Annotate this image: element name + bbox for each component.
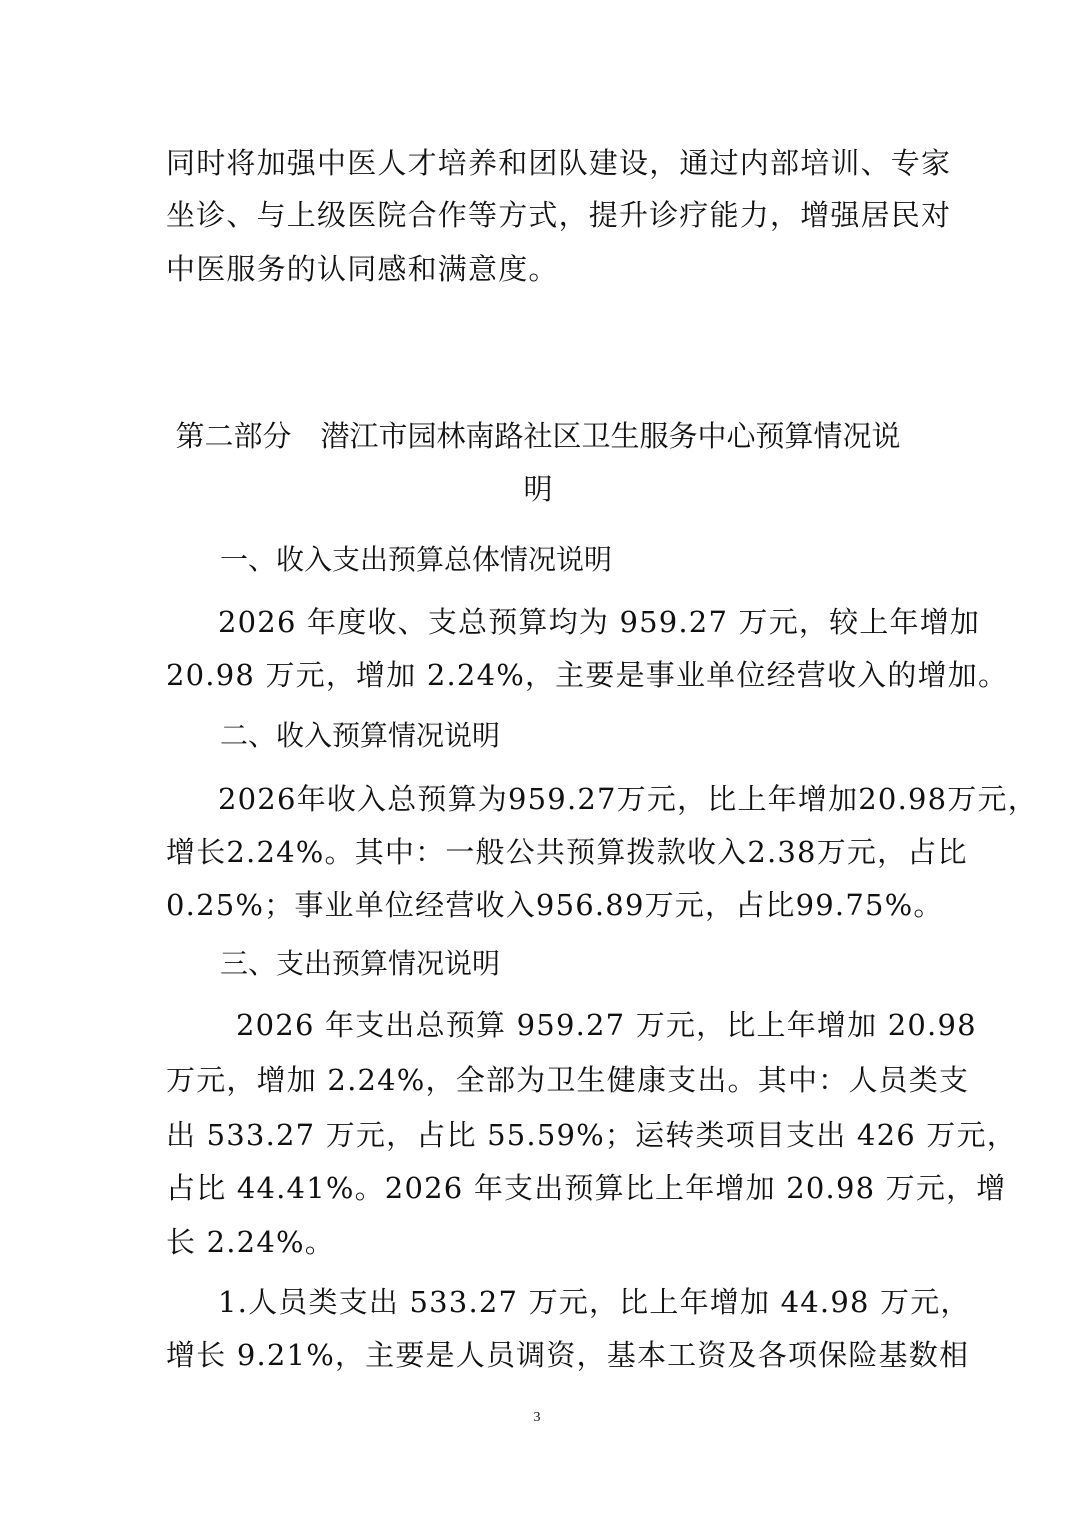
section-heading-1: 一、收入支出预算总体情况说明 (220, 540, 612, 580)
part-title: 第二部分 潜江市园林南路社区卫生服务中心预算情况说 (166, 416, 910, 456)
body-text-line: 2026 年支出总预算 959.27 万元，比上年增加 20.98 (236, 1005, 910, 1045)
body-text-line: 增长 9.21%，主要是人员调资，基本工资及各项保险基数相 (166, 1335, 910, 1375)
body-text-line: 1.人员类支出 533.27 万元，比上年增加 44.98 万元， (218, 1282, 910, 1322)
part-title-continued: 明 (166, 469, 910, 509)
body-text-line: 万元，增加 2.24%，全部为卫生健康支出。其中：人员类支 (166, 1060, 910, 1100)
document-page: 同时将加强中医人才培养和团队建设，通过内部培训、专家 坐诊、与上级医院合作等方式… (0, 0, 1074, 1520)
body-text-line: 长 2.24%。 (166, 1222, 910, 1262)
body-text-line: 占比 44.41%。2026 年支出预算比上年增加 20.98 万元，增 (166, 1168, 910, 1208)
body-text-line: 中医服务的认同感和满意度。 (166, 249, 910, 289)
body-text-line: 0.25%；事业单位经营收入956.89万元，占比99.75%。 (166, 885, 910, 925)
body-text-line: 同时将加强中医人才培养和团队建设，通过内部培训、专家 (166, 143, 910, 183)
body-text-line: 20.98 万元，增加 2.24%，主要是事业单位经营收入的增加。 (166, 655, 910, 695)
body-text-line: 2026 年度收、支总预算均为 959.27 万元，较上年增加 (218, 602, 910, 642)
body-text-line: 增长2.24%。其中：一般公共预算拨款收入2.38万元，占比 (166, 832, 910, 872)
section-heading-3: 三、支出预算情况说明 (220, 944, 500, 984)
section-heading-2: 二、收入预算情况说明 (220, 716, 500, 756)
body-text-line: 坐诊、与上级医院合作等方式，提升诊疗能力，增强居民对 (166, 195, 910, 235)
body-text-line: 2026年收入总预算为959.27万元，比上年增加20.98万元， (218, 779, 910, 819)
body-text-line: 出 533.27 万元，占比 55.59%；运转类项目支出 426 万元， (166, 1115, 910, 1155)
page-number: 3 (0, 1410, 1074, 1426)
